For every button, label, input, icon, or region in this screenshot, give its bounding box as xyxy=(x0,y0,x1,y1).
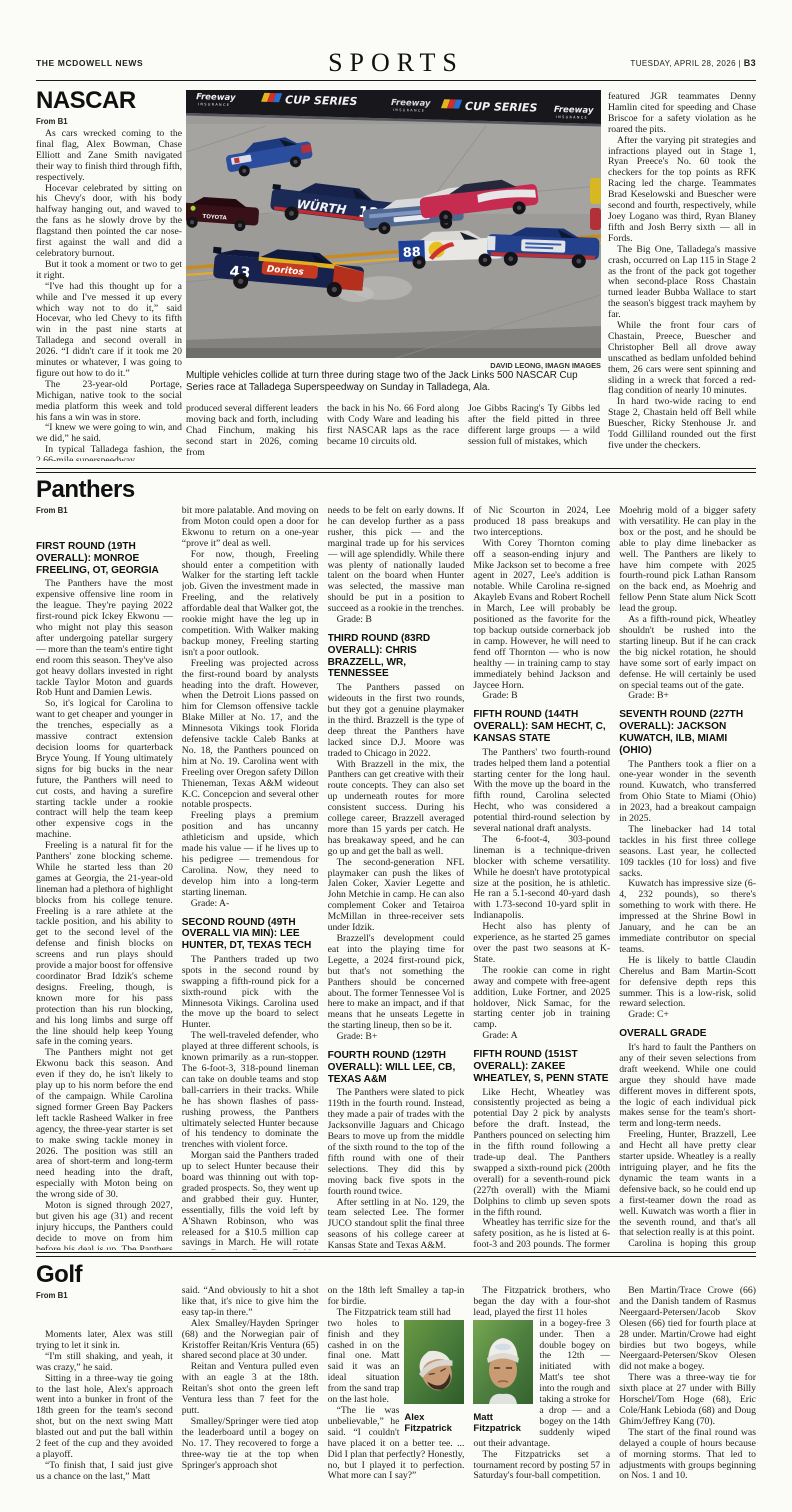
nascar-under-columns: produced several different leaders movin… xyxy=(186,404,601,456)
article-paragraph: Freeling, Hunter, Brazzell, Lee and Hech… xyxy=(619,1130,756,1239)
article-paragraph: Grade: C+ xyxy=(619,1010,756,1021)
article-paragraph: In typical Talladega fashion, the 2.66-m… xyxy=(36,445,182,461)
article-paragraph: After the varying pit strategies and inf… xyxy=(608,136,756,245)
golf-columns: Moments later, Alex was still trying to … xyxy=(36,1286,756,1512)
section-divider-golf xyxy=(36,1252,756,1257)
article-paragraph: needs to be felt on early downs. If he c… xyxy=(328,506,465,615)
article-subhead: FIFTH ROUND (144TH OVERALL): SAM HECHT, … xyxy=(473,709,610,744)
panthers-title: Panthers xyxy=(36,477,182,503)
article-paragraph: The rookie can come in right away and co… xyxy=(473,966,610,1031)
nascar-under-col-3: Joe Gibbs Racing's Ty Gibbs led after th… xyxy=(468,404,600,456)
article-subhead: FOURTH ROUND (129TH OVERALL): WILL LEE, … xyxy=(328,1050,465,1085)
golf-title: Golf xyxy=(36,1262,182,1288)
article-paragraph: bit more palatable. And moving on from M… xyxy=(182,506,319,550)
article-paragraph: As cars wrecked coming to the final flag… xyxy=(36,129,182,184)
nascar-article-header: NASCAR From B1 xyxy=(36,88,182,126)
race-car-yellow-edge xyxy=(590,178,601,204)
article-paragraph: “I'm still shaking, and yeah, it was cra… xyxy=(36,1352,173,1374)
svg-text:INSURANCE: INSURANCE xyxy=(393,108,425,113)
page-number: B3 xyxy=(744,58,756,68)
nascar-column-2: featured JGR teammates Denny Hamlin cite… xyxy=(608,92,756,460)
article-paragraph: Moehrig mold of a bigger safety with ver… xyxy=(619,506,756,615)
article-subhead: SECOND ROUND (49TH OVERALL VIA MIN): LEE… xyxy=(182,917,319,952)
article-paragraph: The start of the final round was delayed… xyxy=(619,1428,756,1483)
banner-freeway-2: Freeway INSURANCE xyxy=(391,98,431,113)
nascar-under-col-2: the back in his No. 66 Ford along with C… xyxy=(327,404,459,456)
article-paragraph: Grade: B xyxy=(473,691,610,702)
masthead: THE MCDOWELL NEWS SPORTS TUESDAY, APRIL … xyxy=(36,48,756,78)
date-text: TUESDAY, APRIL 28, 2026 | xyxy=(630,59,741,68)
date-pageno: TUESDAY, APRIL 28, 2026 | B3 xyxy=(630,58,756,68)
article-paragraph: Moton is signed through 2027, but given … xyxy=(36,1201,173,1250)
nascar-column-1: As cars wrecked coming to the final flag… xyxy=(36,129,182,461)
article-paragraph: The well-traveled defender, who played a… xyxy=(182,1031,319,1151)
matt-fitzpatrick-headshot xyxy=(473,1320,533,1404)
article-paragraph: Grade: A xyxy=(473,1031,610,1042)
article-paragraph: Smalley/Springer were tied atop the lead… xyxy=(182,1417,319,1472)
panthers-column-2: bit more palatable. And moving on from M… xyxy=(182,506,319,1250)
nascar-photo: Freeway INSURANCE CUP SERIES Freeway INS… xyxy=(186,90,601,358)
article-subhead: THIRD ROUND (83RD OVERALL): CHRIS BRAZZE… xyxy=(328,633,465,680)
article-paragraph: Freeling plays a premium position and ha… xyxy=(182,811,319,898)
article-paragraph: “To finish that, I said just give us a c… xyxy=(36,1461,173,1483)
article-paragraph: The Panthers took a flier on a one-year … xyxy=(619,760,756,825)
article-paragraph: featured JGR teammates Denny Hamlin cite… xyxy=(608,92,756,136)
article-paragraph: The 23-year-old Portage, Michigan, nativ… xyxy=(36,380,182,424)
article-paragraph: The second-generation NFL playmaker can … xyxy=(328,858,465,934)
article-paragraph: The Big One, Talladega's massive crash, … xyxy=(608,245,756,321)
golf-column-2: said. “And obviously to hit a shot like … xyxy=(182,1286,319,1512)
panthers-column-4: of Nic Scourton in 2024, Lee produced 18… xyxy=(473,506,610,1250)
nascar-title: NASCAR xyxy=(36,88,182,114)
article-paragraph: Hocevar celebrated by sitting on his Che… xyxy=(36,184,182,260)
article-paragraph: It's hard to fault the Panthers on any o… xyxy=(619,1043,756,1130)
article-paragraph: the back in his No. 66 Ford along with C… xyxy=(327,404,459,448)
article-paragraph: The Panthers were slated to pick 119th i… xyxy=(328,1088,465,1197)
article-paragraph: With Brazzell in the mix, the Panthers c… xyxy=(328,760,465,858)
race-car-red-edge xyxy=(590,208,601,230)
article-paragraph: There was a three-way tie for sixth plac… xyxy=(619,1373,756,1428)
article-paragraph: The Panthers have the most expensive off… xyxy=(36,579,173,699)
article-paragraph: said. “And obviously to hit a shot like … xyxy=(182,1286,319,1319)
article-paragraph: The Panthers traded up two spots in the … xyxy=(182,955,319,1031)
article-paragraph: of Nic Scourton in 2024, Lee produced 18… xyxy=(473,506,610,539)
headshot-caption: Alex Fitzpatrick xyxy=(404,1412,464,1434)
alex-fitzpatrick-headshot xyxy=(404,1320,464,1404)
article-paragraph: Brazzell's development could eat into th… xyxy=(328,934,465,1032)
article-subhead: SEVENTH ROUND (227TH OVERALL): JACKSON K… xyxy=(619,709,756,756)
matt-fitzpatrick-photo: Matt Fitzpatrick xyxy=(473,1320,533,1434)
article-subhead: FIRST ROUND (19TH OVERALL): MONROE FREEL… xyxy=(36,541,173,576)
svg-text:CUP SERIES: CUP SERIES xyxy=(465,100,538,115)
section-divider-panthers xyxy=(36,468,756,473)
article-paragraph: As a fifth-round pick, Wheatley shouldn'… xyxy=(619,615,756,691)
article-paragraph: For now, though, Freeling should enter a… xyxy=(182,550,319,659)
panthers-columns: FIRST ROUND (19TH OVERALL): MONROE FREEL… xyxy=(36,506,756,1250)
panthers-column-5: Moehrig mold of a bigger safety with ver… xyxy=(619,506,756,1250)
svg-text:INSURANCE: INSURANCE xyxy=(556,115,588,120)
article-paragraph: “I knew we were going to win, and we did… xyxy=(36,423,182,445)
article-paragraph: The Panthers passed on wideouts in the f… xyxy=(328,683,465,759)
article-paragraph: With Corey Thornton coming off a season-… xyxy=(473,539,610,692)
masthead-rule xyxy=(36,80,756,81)
article-paragraph: While the front four cars of Chastain, P… xyxy=(608,321,756,397)
article-paragraph: Grade: A- xyxy=(182,899,319,910)
svg-text:CUP SERIES: CUP SERIES xyxy=(285,93,358,108)
panthers-column-3: needs to be felt on early downs. If he c… xyxy=(328,506,465,1250)
article-paragraph: Grade: B+ xyxy=(619,691,756,702)
article-paragraph: Hecht also has plenty of experience, as … xyxy=(473,922,610,966)
article-paragraph: Kuwatch has impressive size (6-4, 232 po… xyxy=(619,879,756,955)
article-paragraph: The Panthers might not get Ekwonu back t… xyxy=(36,1048,173,1201)
article-paragraph: Like Hecht, Wheatley was consistently pr… xyxy=(473,1088,610,1219)
article-paragraph: “I've had this thought up for a while an… xyxy=(36,282,182,380)
golf-column-5: Ben Martin/Trace Crowe (66) and the Dani… xyxy=(619,1286,756,1512)
golf-column-4: The Fitzpatrick brothers, who began the … xyxy=(473,1286,610,1512)
banner-freeway-1: Freeway INSURANCE xyxy=(196,92,236,107)
article-paragraph: Reitan and Ventura pulled even with an e… xyxy=(182,1362,319,1417)
panthers-column-1: FIRST ROUND (19TH OVERALL): MONROE FREEL… xyxy=(36,506,173,1250)
article-paragraph: Ben Martin/Trace Crowe (66) and the Dani… xyxy=(619,1286,756,1373)
article-paragraph: The 6-foot-4, 303-pound lineman is a tec… xyxy=(473,835,610,922)
article-paragraph: Freeling is a natural fit for the Panthe… xyxy=(36,841,173,1048)
article-paragraph: But it took a moment or two to get it ri… xyxy=(36,260,182,282)
headshot-caption: Matt Fitzpatrick xyxy=(473,1412,533,1434)
golf-column-3: on the 18th left Smalley a tap-in for bi… xyxy=(328,1286,465,1512)
photo-caption: Multiple vehicles collide at turn three … xyxy=(186,370,598,393)
article-paragraph: The Fitzpatricks set a tournament record… xyxy=(473,1450,610,1483)
nascar-crash-scene: Freeway INSURANCE CUP SERIES Freeway INS… xyxy=(186,90,601,358)
article-paragraph: Carolina is hoping this group has a simi… xyxy=(619,1239,756,1250)
article-paragraph: Grade: B xyxy=(328,615,465,626)
banner-freeway-3: Freeway INSURANCE xyxy=(554,105,594,120)
photo-credit: DAVID LEONG, IMAGN IMAGES xyxy=(186,361,601,370)
article-paragraph: He is likely to battle Claudin Cherelus … xyxy=(619,956,756,1011)
article-paragraph: In hard two-wide racing to end Stage 2, … xyxy=(608,397,756,452)
alex-fitzpatrick-photo: Alex Fitzpatrick xyxy=(404,1320,464,1434)
article-paragraph: Sitting in a three-way tie going to the … xyxy=(36,1374,173,1461)
nascar-under-col-1: produced several different leaders movin… xyxy=(186,404,318,456)
article-paragraph: produced several different leaders movin… xyxy=(186,404,318,456)
article-paragraph: The linebacker had 14 total tackles in h… xyxy=(619,825,756,880)
article-paragraph: Alex Smalley/Hayden Springer (68) and th… xyxy=(182,1319,319,1363)
article-paragraph: Morgan said the Panthers traded up to se… xyxy=(182,1151,319,1250)
article-paragraph: After settling in at No. 129, the team s… xyxy=(328,1198,465,1250)
nascar-from-b1: From B1 xyxy=(36,117,182,126)
article-paragraph: Joe Gibbs Racing's Ty Gibbs led after th… xyxy=(468,404,600,448)
golf-column-1: Moments later, Alex was still trying to … xyxy=(36,1286,173,1512)
article-paragraph: Grade: B+ xyxy=(328,1032,465,1043)
article-subhead: OVERALL GRADE xyxy=(619,1028,756,1040)
article-paragraph: The Fitzpatrick brothers, who began the … xyxy=(473,1286,610,1319)
article-paragraph: on the 18th left Smalley a tap-in for bi… xyxy=(328,1286,465,1308)
article-paragraph: Wheatley has terrific size for the safet… xyxy=(473,1218,610,1250)
article-paragraph: So, it's logical for Carolina to want to… xyxy=(36,699,173,841)
article-paragraph: The Panthers' two fourth-round trades he… xyxy=(473,748,610,835)
article-paragraph: Moments later, Alex was still trying to … xyxy=(36,1330,173,1352)
svg-text:INSURANCE: INSURANCE xyxy=(198,102,230,107)
article-subhead: FIFTH ROUND (151ST OVERALL): ZAKEE WHEAT… xyxy=(473,1049,610,1084)
article-paragraph: Freeling was projected across the first-… xyxy=(182,659,319,812)
